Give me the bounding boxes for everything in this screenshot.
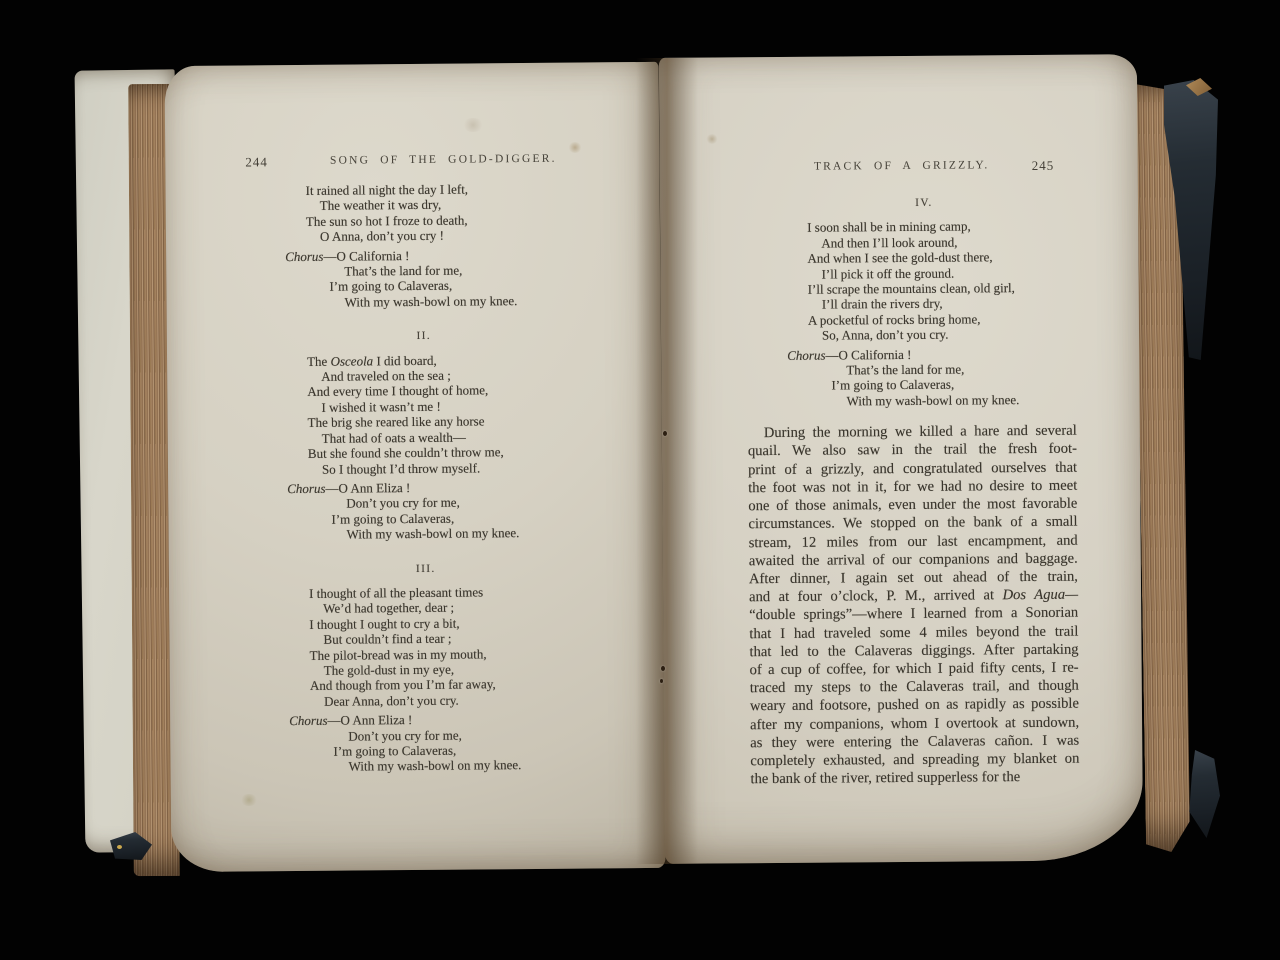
photo-background: 244 SONG OF THE GOLD-DIGGER. It rained a…	[0, 0, 1280, 960]
poem-line: With my wash-bowl on my knee.	[846, 392, 1063, 409]
prose-line: the bank of the river, retired supperles…	[750, 768, 1079, 789]
left-page: 244 SONG OF THE GOLD-DIGGER. It rained a…	[164, 62, 665, 872]
poem-line: So I thought I’d throw myself.	[322, 459, 563, 477]
left-page-header: 244 SONG OF THE GOLD-DIGGER.	[165, 150, 659, 172]
poem-line: So, Anna, don’t you cry.	[822, 326, 1063, 343]
prose-line: “double springs”—where I learned from a …	[749, 604, 1078, 625]
prose-line: quail. We also saw in the trail the fres…	[748, 440, 1077, 461]
prose-line: circumstances. We stopped on the bank of…	[748, 513, 1077, 534]
poem-line: With my wash-bowl on my knee.	[344, 293, 561, 310]
chorus-block: Chorus—O Ann Eliza !Don’t you cry for me…	[289, 711, 566, 775]
prose-line: after my companions, whom I overtook at …	[750, 713, 1079, 734]
stanza-block: I thought of all the pleasant timesWe’d …	[288, 584, 565, 710]
poem-line: With my wash-bowl on my knee.	[347, 525, 564, 542]
left-page-poem: It rained all night the day I left,The w…	[285, 181, 566, 775]
prose-line: weary and footsore, pushed on as rapidly…	[750, 695, 1079, 716]
poem-line: I’m going to Calaveras,	[831, 376, 1063, 393]
right-page: TRACK OF A GRIZZLY. 245 IV.I soon shall …	[659, 54, 1143, 864]
stanza-block: I soon shall be in mining camp,And then …	[786, 218, 1063, 343]
stanza-number: III.	[288, 560, 564, 578]
left-page-number: 244	[245, 154, 268, 170]
prose-line: that I had traveled some 4 miles beyond …	[749, 622, 1078, 643]
chorus-block: Chorus—O California !That’s the land for…	[787, 345, 1063, 409]
chorus-block: Chorus—O Ann Eliza !Don’t you cry for me…	[287, 479, 564, 543]
right-page-poem: IV.I soon shall be in mining camp,And th…	[786, 195, 1064, 409]
right-page-header: TRACK OF A GRIZZLY. 245	[660, 156, 1138, 178]
poem-line: Dear Anna, don’t you cry.	[324, 691, 565, 709]
right-page-number: 245	[1032, 158, 1055, 174]
prose-line: completely exhausted, and spreading my b…	[750, 750, 1079, 771]
stanza-block: It rained all night the day I left,The w…	[285, 181, 562, 245]
right-running-head: TRACK OF A GRIZZLY.	[752, 159, 1052, 173]
book-cover-bottom-right	[1188, 750, 1220, 838]
gutter-stitch-hole	[661, 666, 665, 671]
prose-line: print of a grizzly, and congratulated ou…	[748, 458, 1077, 479]
stanza-number: II.	[286, 328, 562, 346]
right-page-prose: During the morning we killed a hare and …	[748, 422, 1080, 789]
gutter-stitch-hole	[660, 679, 663, 683]
cover-corner-speck	[117, 845, 122, 849]
gutter-stitch-hole	[663, 431, 667, 436]
poem-line: O Anna, don’t you cry !	[320, 227, 561, 245]
stanza-block: The Osceola I did board,And traveled on …	[286, 351, 563, 477]
stanza-number: IV.	[786, 195, 1062, 213]
left-running-head: SONG OF THE GOLD-DIGGER.	[303, 153, 583, 167]
chorus-block: Chorus—O California !That’s the land for…	[285, 246, 562, 310]
poem-line: With my wash-bowl on my knee.	[349, 757, 566, 774]
poem-line: That’s the land for me,	[846, 361, 1063, 378]
prose-line: stream, 12 miles from our last encampmen…	[749, 531, 1078, 552]
